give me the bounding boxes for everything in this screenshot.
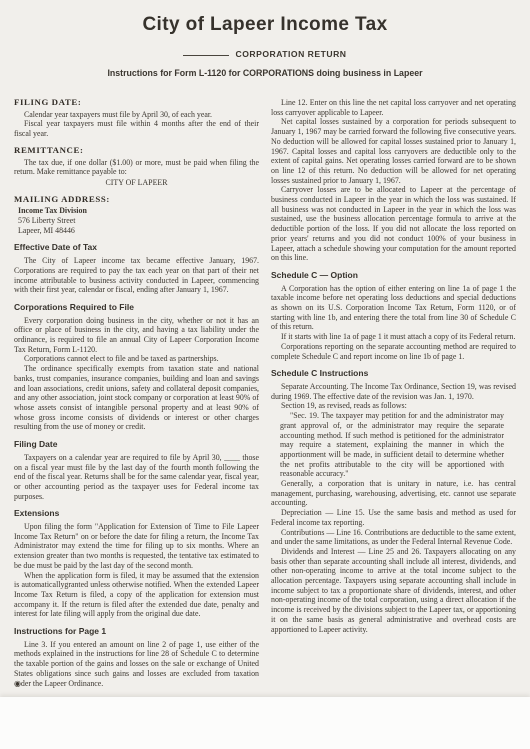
paragraph: Corporations reporting on the separate a… <box>271 342 516 361</box>
paragraph: Contributions — Line 16. Contributions a… <box>271 528 516 547</box>
text-section: Filing DateTaxpayers on a calendar year … <box>14 440 259 501</box>
text-section: Instructions for Page 1Line 3. If you en… <box>14 627 259 688</box>
centered-line: CITY OF LAPEER <box>14 178 259 188</box>
paragraph: The City of Lapeer income tax became eff… <box>14 256 259 295</box>
paragraph: Depreciation — Line 15. Use the same bas… <box>271 508 516 527</box>
paragraph: Net capital losses sustained by a corpor… <box>271 117 516 185</box>
text-section: Corporations Required to FileEvery corpo… <box>14 303 259 432</box>
section-heading: Corporations Required to File <box>14 303 259 313</box>
paragraph: Every corporation doing business in the … <box>14 316 259 355</box>
paragraph: If it starts with line 1a of page 1 it m… <box>271 332 516 342</box>
text-section: MAILING ADDRESS:Income Tax Division576 L… <box>14 195 259 236</box>
block-quote: "Sec. 19. The taxpayer may petition for … <box>280 411 504 479</box>
paragraph: The tax due, if one dollar ($1.00) or mo… <box>14 158 259 177</box>
address-line: Lapeer, MI 48446 <box>14 226 259 236</box>
document-subtitle: CORPORATION RETURN <box>14 49 516 59</box>
text-section: ExtensionsUpon filing the form "Applicat… <box>14 509 259 619</box>
section-heading: REMITTANCE: <box>14 146 259 156</box>
address-line: Income Tax Division <box>14 206 259 216</box>
paragraph: When the application form is filed, it m… <box>14 571 259 620</box>
text-section: Effective Date of TaxThe City of Lapeer … <box>14 243 259 295</box>
left-column: FILING DATE:Calendar year taxpayers must… <box>14 91 259 688</box>
paragraph: Upon filing the form "Application for Ex… <box>14 522 259 571</box>
scan-area: City of Lapeer Income Tax CORPORATION RE… <box>0 0 530 697</box>
paragraph: A Corporation has the option of either e… <box>271 284 516 333</box>
text-section: REMITTANCE:The tax due, if one dollar ($… <box>14 146 259 188</box>
text-section: Schedule C — OptionA Corporation has the… <box>271 271 516 361</box>
paragraph: Carryover losses are to be allocated to … <box>271 185 516 263</box>
paragraph: Fiscal year taxpayers must file within 4… <box>14 119 259 138</box>
text-section: Schedule C InstructionsSeparate Accounti… <box>271 369 516 634</box>
address-line: 576 Liberty Street <box>14 216 259 226</box>
scanned-document-page: City of Lapeer Income Tax CORPORATION RE… <box>0 0 530 749</box>
page-title: City of Lapeer Income Tax <box>14 14 516 36</box>
instructions-line: Instructions for Form L-1120 for CORPORA… <box>14 68 516 78</box>
paragraph: Generally, a corporation that is unitary… <box>271 479 516 508</box>
paragraph: Corporations cannot elect to file and be… <box>14 354 259 364</box>
section-heading: Filing Date <box>14 440 259 450</box>
section-heading: Effective Date of Tax <box>14 243 259 253</box>
paragraph: Separate Accounting. The Income Tax Ordi… <box>271 382 516 401</box>
blank-rule-line <box>183 55 229 56</box>
text-section: FILING DATE:Calendar year taxpayers must… <box>14 98 259 139</box>
section-heading: FILING DATE: <box>14 98 259 108</box>
section-heading: Schedule C — Option <box>271 271 516 281</box>
section-heading: Extensions <box>14 509 259 519</box>
paragraph: Dividends and Interest — Line 25 and 26.… <box>271 547 516 634</box>
right-column: Line 12. Enter on this line the net capi… <box>271 91 516 688</box>
two-column-body: FILING DATE:Calendar year taxpayers must… <box>14 91 516 688</box>
paragraph: Line 12. Enter on this line the net capi… <box>271 98 516 117</box>
section-heading: Instructions for Page 1 <box>14 627 259 637</box>
paragraph: Calendar year taxpayers must file by Apr… <box>14 110 259 120</box>
section-heading: MAILING ADDRESS: <box>14 195 259 205</box>
paragraph: Section 19, as revised, reads as follows… <box>271 401 516 411</box>
section-heading: Schedule C Instructions <box>271 369 516 379</box>
paragraph: Taxpayers on a calendar year are require… <box>14 453 259 502</box>
subtitle-text: CORPORATION RETURN <box>235 49 346 59</box>
text-section: Line 12. Enter on this line the net capi… <box>271 98 516 263</box>
paragraph: Line 3. If you entered an amount on line… <box>14 640 259 689</box>
paragraph: The ordinance specifically exempts from … <box>14 364 259 432</box>
scan-edge-white-strip <box>0 697 530 749</box>
